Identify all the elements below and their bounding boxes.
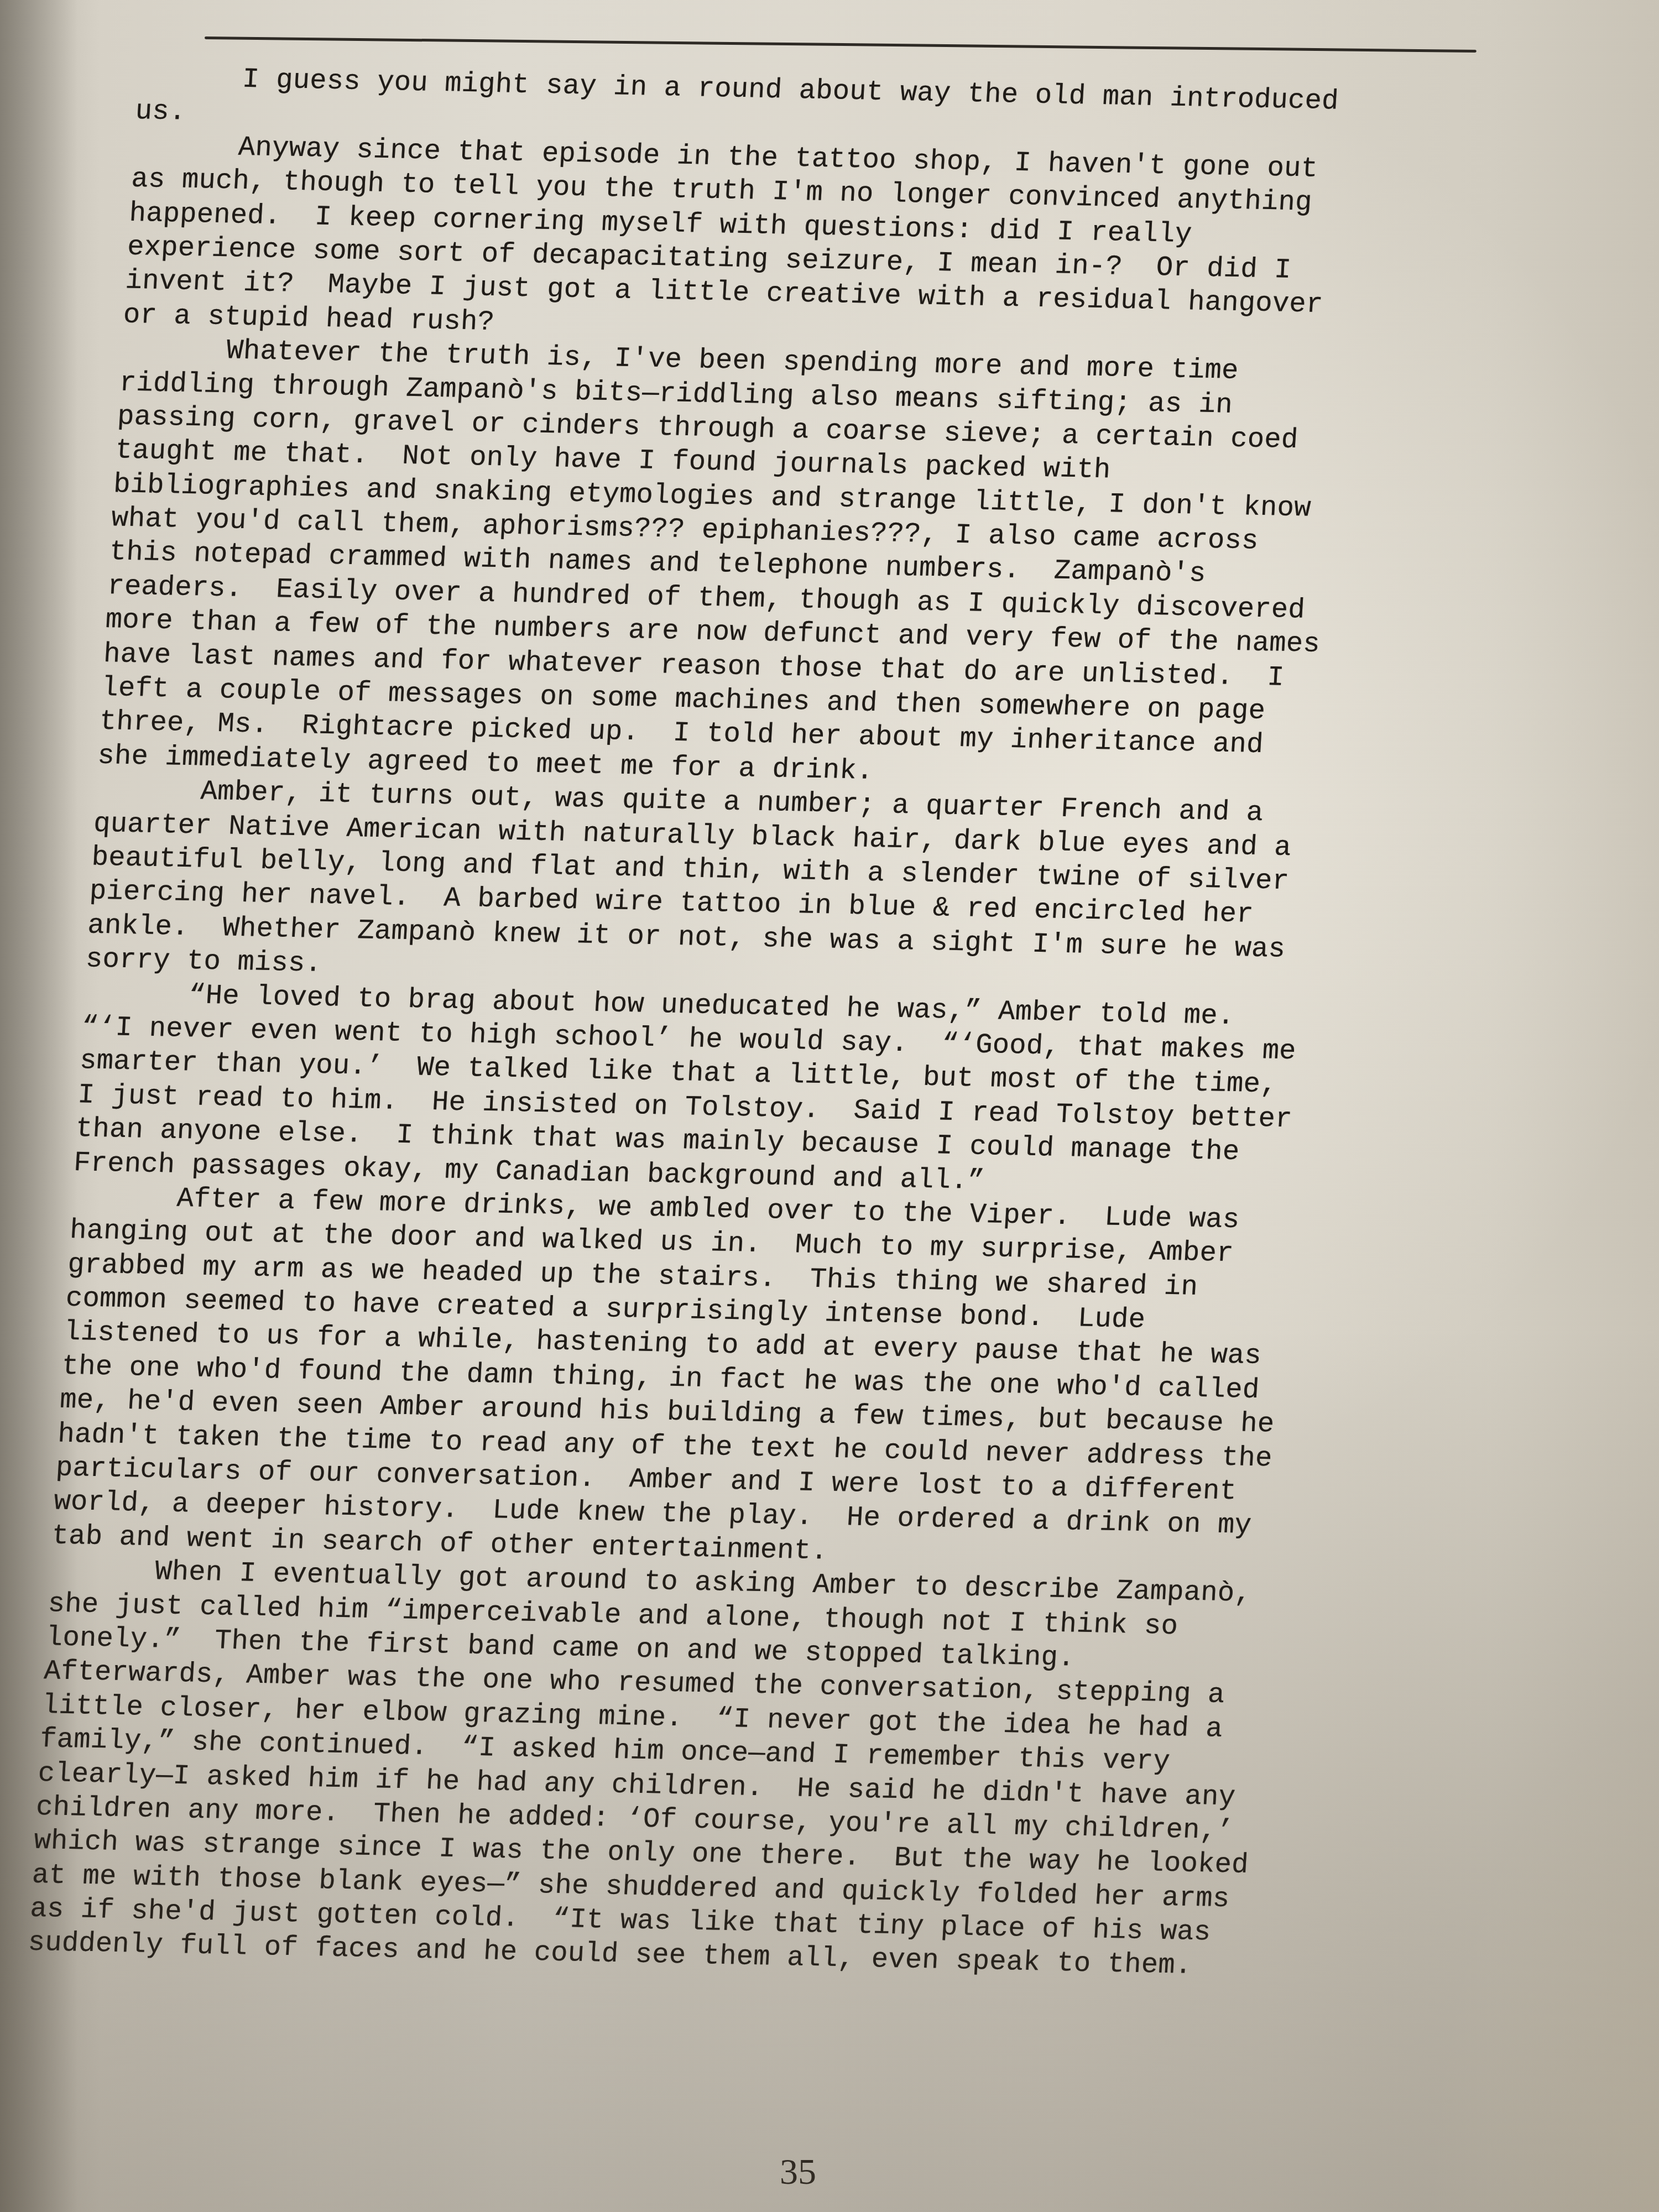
page-body-text: I guess you might say in a round about w… — [27, 61, 1543, 1989]
paragraph: Amber, it turns out, was quite a number;… — [85, 773, 1501, 1005]
header-rule — [205, 36, 1477, 53]
paragraph: “He loved to brag about how uneducated h… — [73, 977, 1489, 1208]
paragraph: Anyway since that episode in the tattoo … — [122, 129, 1538, 361]
paragraph: When I eventually got around to asking A… — [27, 1553, 1455, 1989]
paragraph: Whatever the truth is, I've been spendin… — [97, 332, 1527, 801]
page-corner-shadow — [1427, 1714, 1659, 2212]
paragraph: After a few more drinks, we ambled over … — [51, 1180, 1477, 1582]
page-number: 35 — [780, 2151, 816, 2193]
book-page: I guess you might say in a round about w… — [0, 0, 1659, 2212]
